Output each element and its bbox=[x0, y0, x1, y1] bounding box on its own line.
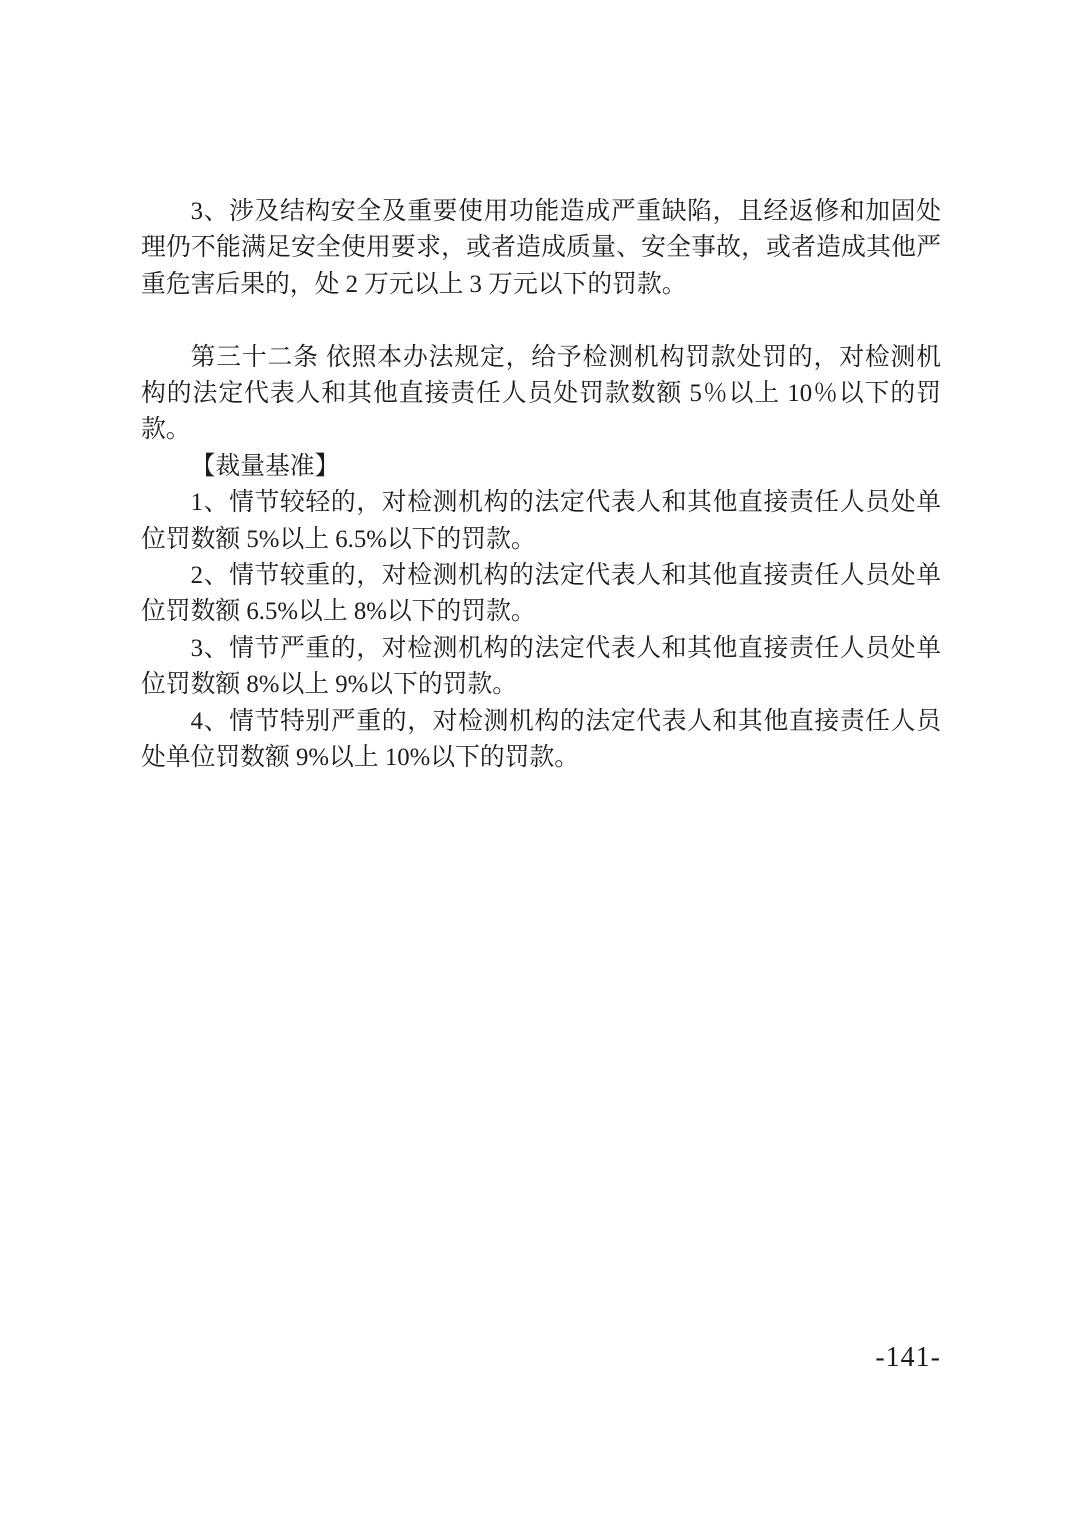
clause3-line-3: 重危害后果的，处 2 万元以上 3 万元以下的罚款。 bbox=[141, 267, 941, 303]
discretion-item-4-line-2: 处单位罚数额 9%以上 10%以下的罚款。 bbox=[141, 740, 941, 776]
article32-line-1: 第三十二条 依照本办法规定，给予检测机构罚款处罚的，对检测机 bbox=[141, 340, 941, 376]
article32-line-2: 构的法定代表人和其他直接责任人员处罚款数额 5％以上 10％以下的罚 bbox=[141, 376, 941, 412]
discretion-item-1-line-1: 1、情节较轻的，对检测机构的法定代表人和其他直接责任人员处单 bbox=[141, 485, 941, 521]
discretion-item-4-line-1: 4、情节特别严重的，对检测机构的法定代表人和其他直接责任人员 bbox=[141, 704, 941, 740]
clause3-line-1: 3、涉及结构安全及重要使用功能造成严重缺陷，且经返修和加固处 bbox=[141, 194, 941, 230]
article32-line-3: 款。 bbox=[141, 412, 941, 448]
document-text: 3、涉及结构安全及重要使用功能造成严重缺陷，且经返修和加固处 理仍不能满足安全使… bbox=[141, 194, 941, 776]
document-page: 3、涉及结构安全及重要使用功能造成严重缺陷，且经返修和加固处 理仍不能满足安全使… bbox=[0, 0, 1075, 1520]
discretion-heading: 【裁量基准】 bbox=[141, 449, 941, 485]
page-number: -141- bbox=[141, 1342, 941, 1374]
discretion-item-2-line-2: 位罚数额 6.5%以上 8%以下的罚款。 bbox=[141, 594, 941, 630]
clause3-line-2: 理仍不能满足安全使用要求，或者造成质量、安全事故，或者造成其他严 bbox=[141, 230, 941, 266]
discretion-item-3-line-1: 3、情节严重的，对检测机构的法定代表人和其他直接责任人员处单 bbox=[141, 631, 941, 667]
discretion-item-3-line-2: 位罚数额 8%以上 9%以下的罚款。 bbox=[141, 667, 941, 703]
discretion-item-2-line-1: 2、情节较重的，对检测机构的法定代表人和其他直接责任人员处单 bbox=[141, 558, 941, 594]
blank-line bbox=[141, 303, 941, 339]
discretion-item-1-line-2: 位罚数额 5%以上 6.5%以下的罚款。 bbox=[141, 522, 941, 558]
